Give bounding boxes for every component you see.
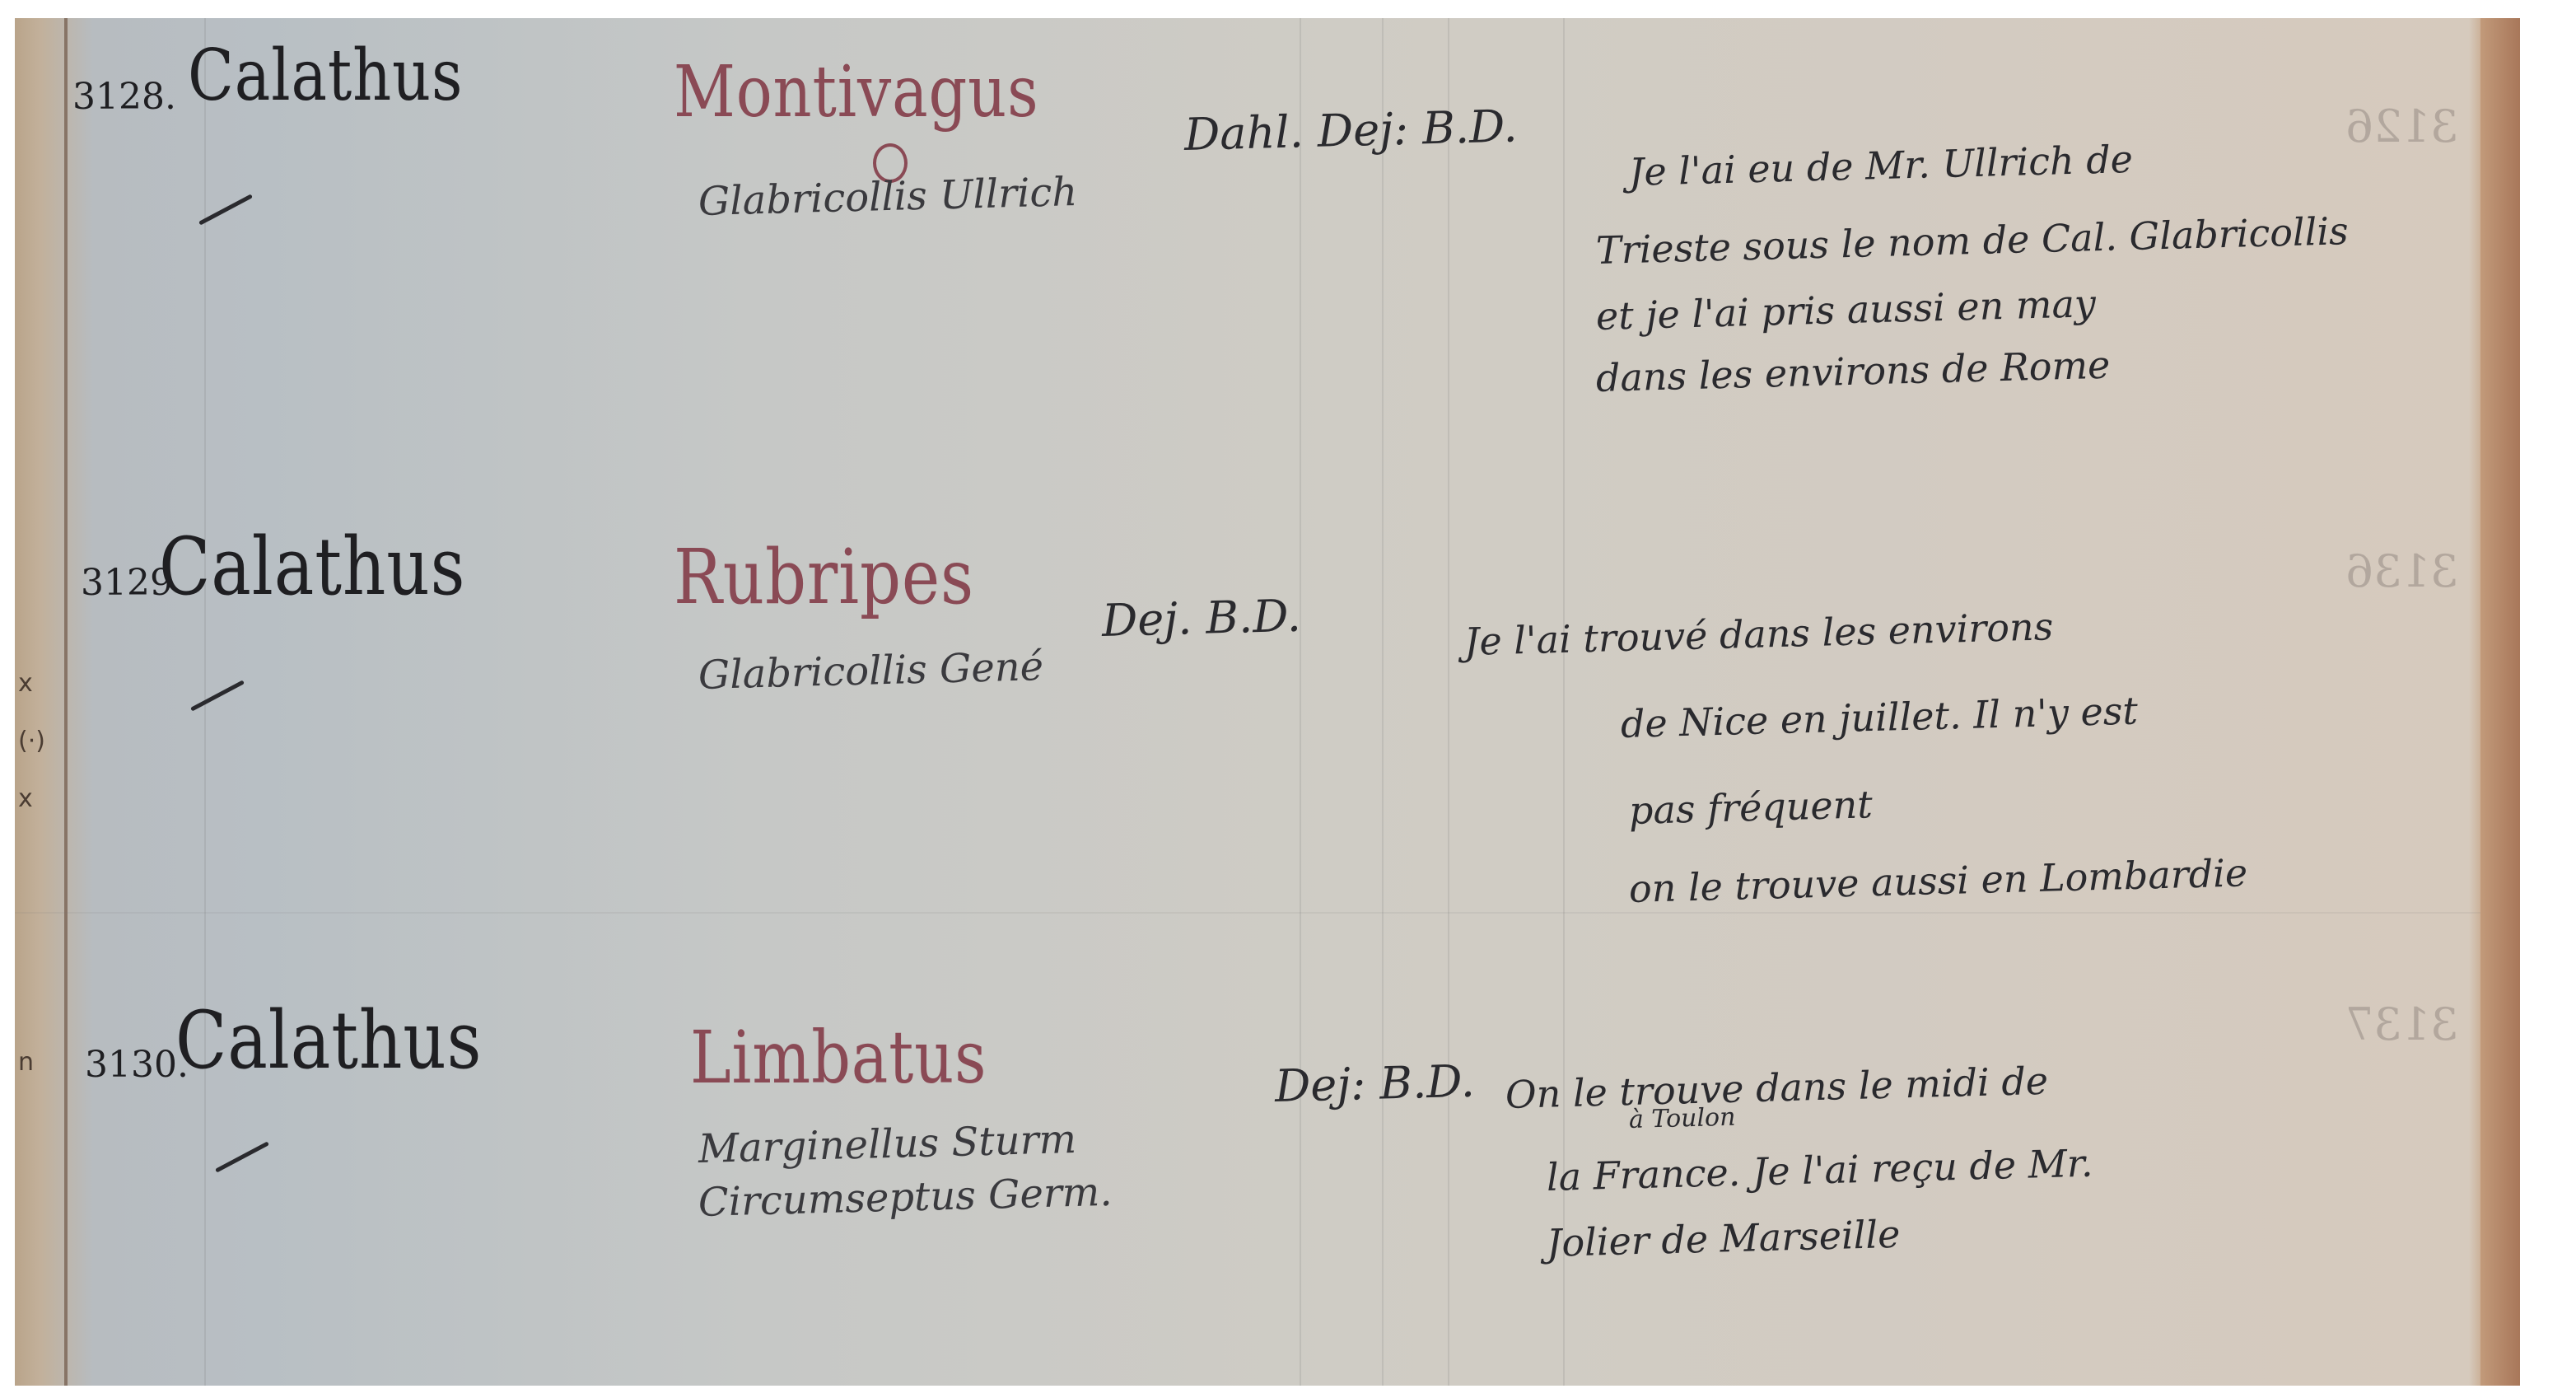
synonym: Glabricollis Ullrich	[698, 169, 1078, 225]
authority: Dahl. Dej: B.D.	[1183, 100, 1518, 161]
genus-name: Calathus	[188, 35, 463, 117]
row-rule	[15, 912, 2520, 914]
species-name: Montivagus	[674, 51, 1038, 133]
margin-mark: x	[18, 784, 33, 813]
bleed-through-text: 3137	[2345, 998, 2458, 1050]
species-name: Limbatus	[690, 1015, 987, 1100]
genus-name: Calathus	[175, 994, 482, 1087]
column-rule	[1300, 18, 1301, 1386]
margin-mark: x	[18, 669, 33, 698]
authority: Dej: B.D.	[1274, 1055, 1475, 1112]
synonym: Circumseptus Germ.	[698, 1169, 1113, 1226]
note-line: dans les environs de Rome	[1595, 343, 2111, 400]
note-line: On le trouve dans le midi de	[1505, 1059, 2048, 1117]
note-line: la France. Je l'ai reçu de Mr.	[1546, 1141, 2093, 1199]
note-line: et je l'ai pris aussi en may	[1595, 281, 2096, 339]
manuscript-page: 3126 3136 3137 x (·) x n 3128. Calathus …	[15, 18, 2520, 1386]
book-edge	[2480, 18, 2520, 1386]
genus-name: Calathus	[159, 521, 465, 613]
species-name: Rubripes	[674, 533, 974, 621]
entry-number: 3130.	[85, 1044, 189, 1086]
note-line: Jolier de Marseille	[1546, 1212, 1901, 1265]
authority: Dej. B.D.	[1101, 590, 1301, 647]
synonym: Glabricollis Gené	[698, 643, 1043, 699]
margin-mark: (·)	[18, 727, 45, 755]
note-line: Trieste sous le nom de Cal. Glabricollis	[1595, 208, 2349, 273]
column-rule	[1382, 18, 1384, 1386]
check-mark-icon	[198, 194, 253, 225]
bleed-through-text: 3136	[2345, 545, 2458, 597]
check-mark-icon	[215, 1141, 269, 1172]
note-line: Je l'ai eu de Mr. Ullrich de	[1628, 137, 2133, 194]
margin-mark: n	[18, 1048, 34, 1077]
note-line: Je l'ai trouvé dans les environs	[1463, 604, 2054, 664]
note-line: pas fréquent	[1628, 782, 1873, 833]
entry-number: 3128.	[72, 76, 176, 118]
page-margin-line	[64, 18, 68, 1386]
note-line: de Nice en juillet. Il n'y est	[1620, 689, 2138, 746]
note-line: on le trouve aussi en Lombardie	[1628, 850, 2247, 911]
synonym: Marginellus Sturm	[698, 1116, 1076, 1172]
column-rule	[1448, 18, 1449, 1386]
check-mark-icon	[190, 680, 245, 711]
bleed-through-text: 3126	[2345, 101, 2458, 152]
